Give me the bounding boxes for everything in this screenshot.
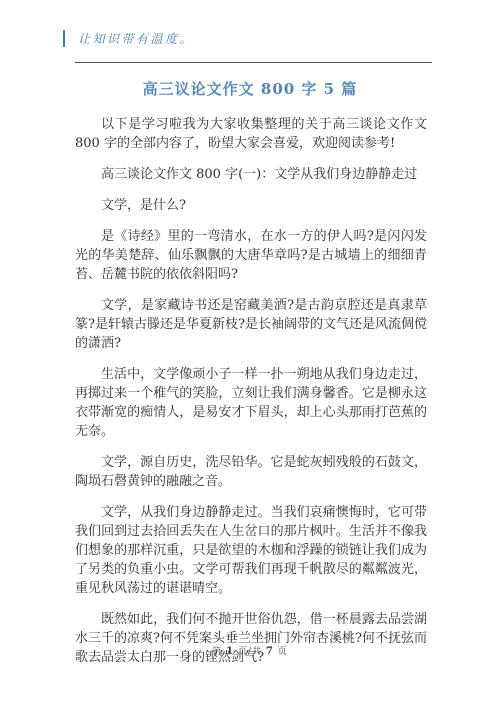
page-header: 让知识带有温度。: [63, 30, 194, 47]
document-page: 让知识带有温度。 高三议论文作文 800 字 5 篇 以下是学习啦我为大家收集整…: [0, 0, 500, 707]
body-paragraph: 既然如此，我们何不抛开世俗仇怨，借一杯晨露去品尝湖水三千的凉爽?何不凭案头垂兰坐…: [75, 610, 427, 667]
body-paragraph: 文学，是什么?: [75, 196, 427, 215]
body-paragraph: 生活中，文学像顽小子一样一扑一朔地从我们身边走过，再掷过来一个稚气的笑脸，立刻让…: [75, 365, 427, 441]
document-title: 高三议论文作文 800 字 5 篇: [0, 78, 500, 99]
body-paragraph: 文学，从我们身边静静走过。当我们哀痛懊悔时，它可带我们回到过去拾回丢失在人生岔口…: [75, 503, 427, 598]
body-paragraph: 文学，是家藏诗书还是窑藏美酒?是古韵京腔还是真隶草篆?是轩辕古滕还是华夏新枝?是…: [75, 296, 427, 353]
footer-total-pages: 7: [266, 646, 274, 657]
header-slogan: 让知识带有温度。: [78, 30, 194, 47]
footer-suffix: 页: [274, 647, 288, 657]
body-paragraph: 以下是学习啦我为大家收集整理的关于高三谈论文作文 800 字的全部内容了，盼望大…: [75, 115, 427, 153]
header-divider: [75, 62, 432, 63]
body-paragraph: 高三谈论文作文 800 字(一)：文学从我们身边静静走过: [75, 165, 427, 184]
page-footer: 第 1 页/共 7 页: [0, 644, 500, 657]
footer-prefix: 第: [212, 647, 226, 657]
body-paragraph: 是《诗经》里的一弯清水，在水一方的伊人吗?是闪闪发光的华美楚辞、仙乐飘飘的大唐华…: [75, 227, 427, 284]
header-accent-bar: [63, 30, 65, 47]
body-paragraph: 文学，源自历史，洗尽铅华。它是蛇灰蚓残般的石鼓文，陶埙石磬黄钟的融融之音。: [75, 453, 427, 491]
footer-page-number: 1: [226, 646, 234, 657]
footer-middle: 页/共: [234, 647, 266, 657]
document-body: 以下是学习啦我为大家收集整理的关于高三谈论文作文 800 字的全部内容了，盼望大…: [75, 115, 427, 679]
